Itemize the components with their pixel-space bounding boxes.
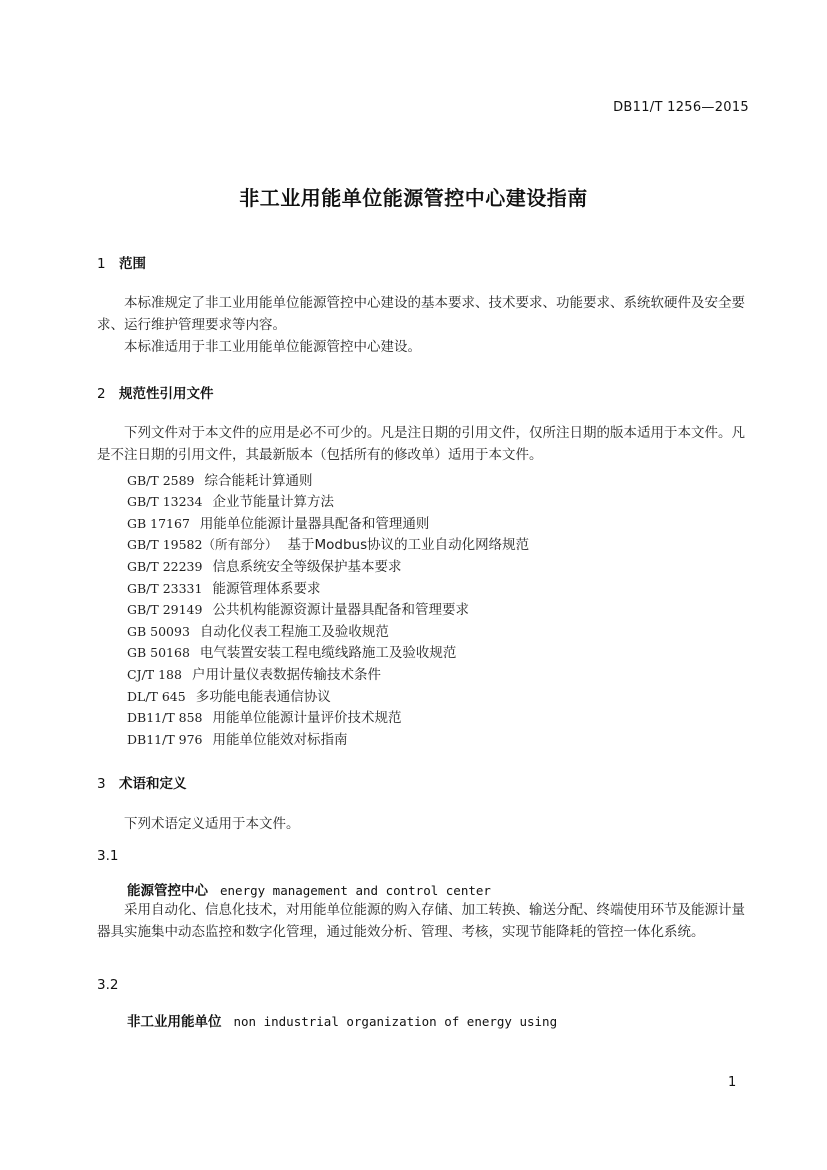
reference-item: GB 50093自动化仪表工程施工及验收规范 [127,620,389,640]
section-title: 规范性引用文件 [119,386,214,402]
term-definition: 采用自动化、信息化技术，对用能单位能源的购入存储、加工转换、输送分配、终端使用环… [97,899,751,943]
section-number: 2 [97,386,119,402]
reference-item: GB/T 29149公共机构能源资源计量器具配备和管理要求 [127,598,469,618]
reference-item: GB/T 2589综合能耗计算通则 [127,469,313,489]
section-3-heading: 3术语和定义 [97,772,187,792]
reference-title: 企业节能量计算方法 [212,494,334,510]
reference-code: GB/T 19582（所有部分） [127,537,277,552]
standard-code: DB11/T 1256—2015 [613,100,749,115]
document-title: 非工业用能单位能源管控中心建设指南 [0,182,827,211]
reference-title: 多功能电能表通信协议 [196,689,331,705]
reference-title: 用能单位能源计量评价技术规范 [213,710,402,726]
section-1-paragraph-1: 本标准规定了非工业用能单位能源管控中心建设的基本要求、技术要求、功能要求、系统软… [97,292,751,336]
term-english: energy management and control center [220,883,491,898]
reference-item: GB/T 13234企业节能量计算方法 [127,490,334,510]
reference-code: GB 17167 [127,516,190,531]
reference-item: GB 17167用能单位能源计量器具配备和管理通则 [127,512,429,532]
reference-code: CJ/T 188 [127,667,182,682]
term-chinese: 能源管控中心 [127,883,208,899]
reference-item: DB11/T 858用能单位能源计量评价技术规范 [127,706,402,726]
reference-code: GB/T 23331 [127,581,202,596]
reference-code: GB/T 2589 [127,473,195,488]
reference-title: 电气装置安装工程电缆线路施工及验收规范 [200,645,457,661]
section-number: 1 [97,256,119,272]
section-2-heading: 2规范性引用文件 [97,382,214,402]
term-english: non industrial organization of energy us… [234,1014,558,1029]
reference-title: 用能单位能效对标指南 [213,732,348,748]
reference-title: 基于Modbus协议的工业自动化网络规范 [287,537,529,553]
reference-code: DL/T 645 [127,689,186,704]
reference-item: GB/T 19582（所有部分）基于Modbus协议的工业自动化网络规范 [127,533,529,553]
reference-item: DL/T 645多功能电能表通信协议 [127,685,331,705]
reference-code: DB11/T 976 [127,732,203,747]
section-title: 范围 [119,256,146,272]
reference-code: DB11/T 858 [127,710,203,725]
section-2-paragraph: 下列文件对于本文件的应用是必不可少的。凡是注日期的引用文件，仅所注日期的版本适用… [97,422,751,466]
section-1-heading: 1范围 [97,252,146,272]
section-number: 3 [97,776,119,792]
reference-title: 信息系统安全等级保护基本要求 [212,559,401,575]
reference-title: 自动化仪表工程施工及验收规范 [200,624,389,640]
reference-title: 用能单位能源计量器具配备和管理通则 [200,516,430,532]
term-number: 3.1 [97,848,118,864]
reference-title: 户用计量仪表数据传输技术条件 [192,667,381,683]
section-1-paragraph-2: 本标准适用于非工业用能单位能源管控中心建设。 [124,336,421,358]
term-entry: 非工业用能单位non industrial organization of en… [127,1010,557,1030]
reference-item: GB/T 22239信息系统安全等级保护基本要求 [127,555,401,575]
reference-item: DB11/T 976用能单位能效对标指南 [127,728,348,748]
term-chinese: 非工业用能单位 [127,1014,222,1030]
reference-code: GB/T 22239 [127,559,202,574]
section-title: 术语和定义 [119,776,187,792]
document-page: DB11/T 1256—2015 非工业用能单位能源管控中心建设指南 1范围 本… [0,0,827,1170]
reference-title: 综合能耗计算通则 [205,473,313,489]
reference-title: 公共机构能源资源计量器具配备和管理要求 [212,602,469,618]
term-entry: 能源管控中心energy management and control cent… [127,879,491,899]
page-number: 1 [728,1075,736,1090]
term-number: 3.2 [97,977,118,993]
section-3-paragraph: 下列术语定义适用于本文件。 [124,813,300,835]
reference-code: GB/T 13234 [127,494,202,509]
reference-item: GB 50168电气装置安装工程电缆线路施工及验收规范 [127,641,456,661]
reference-title: 能源管理体系要求 [212,581,320,597]
reference-code: GB 50168 [127,645,190,660]
reference-code: GB/T 29149 [127,602,202,617]
reference-code: GB 50093 [127,624,190,639]
reference-item: CJ/T 188户用计量仪表数据传输技术条件 [127,663,381,683]
reference-item: GB/T 23331能源管理体系要求 [127,577,320,597]
